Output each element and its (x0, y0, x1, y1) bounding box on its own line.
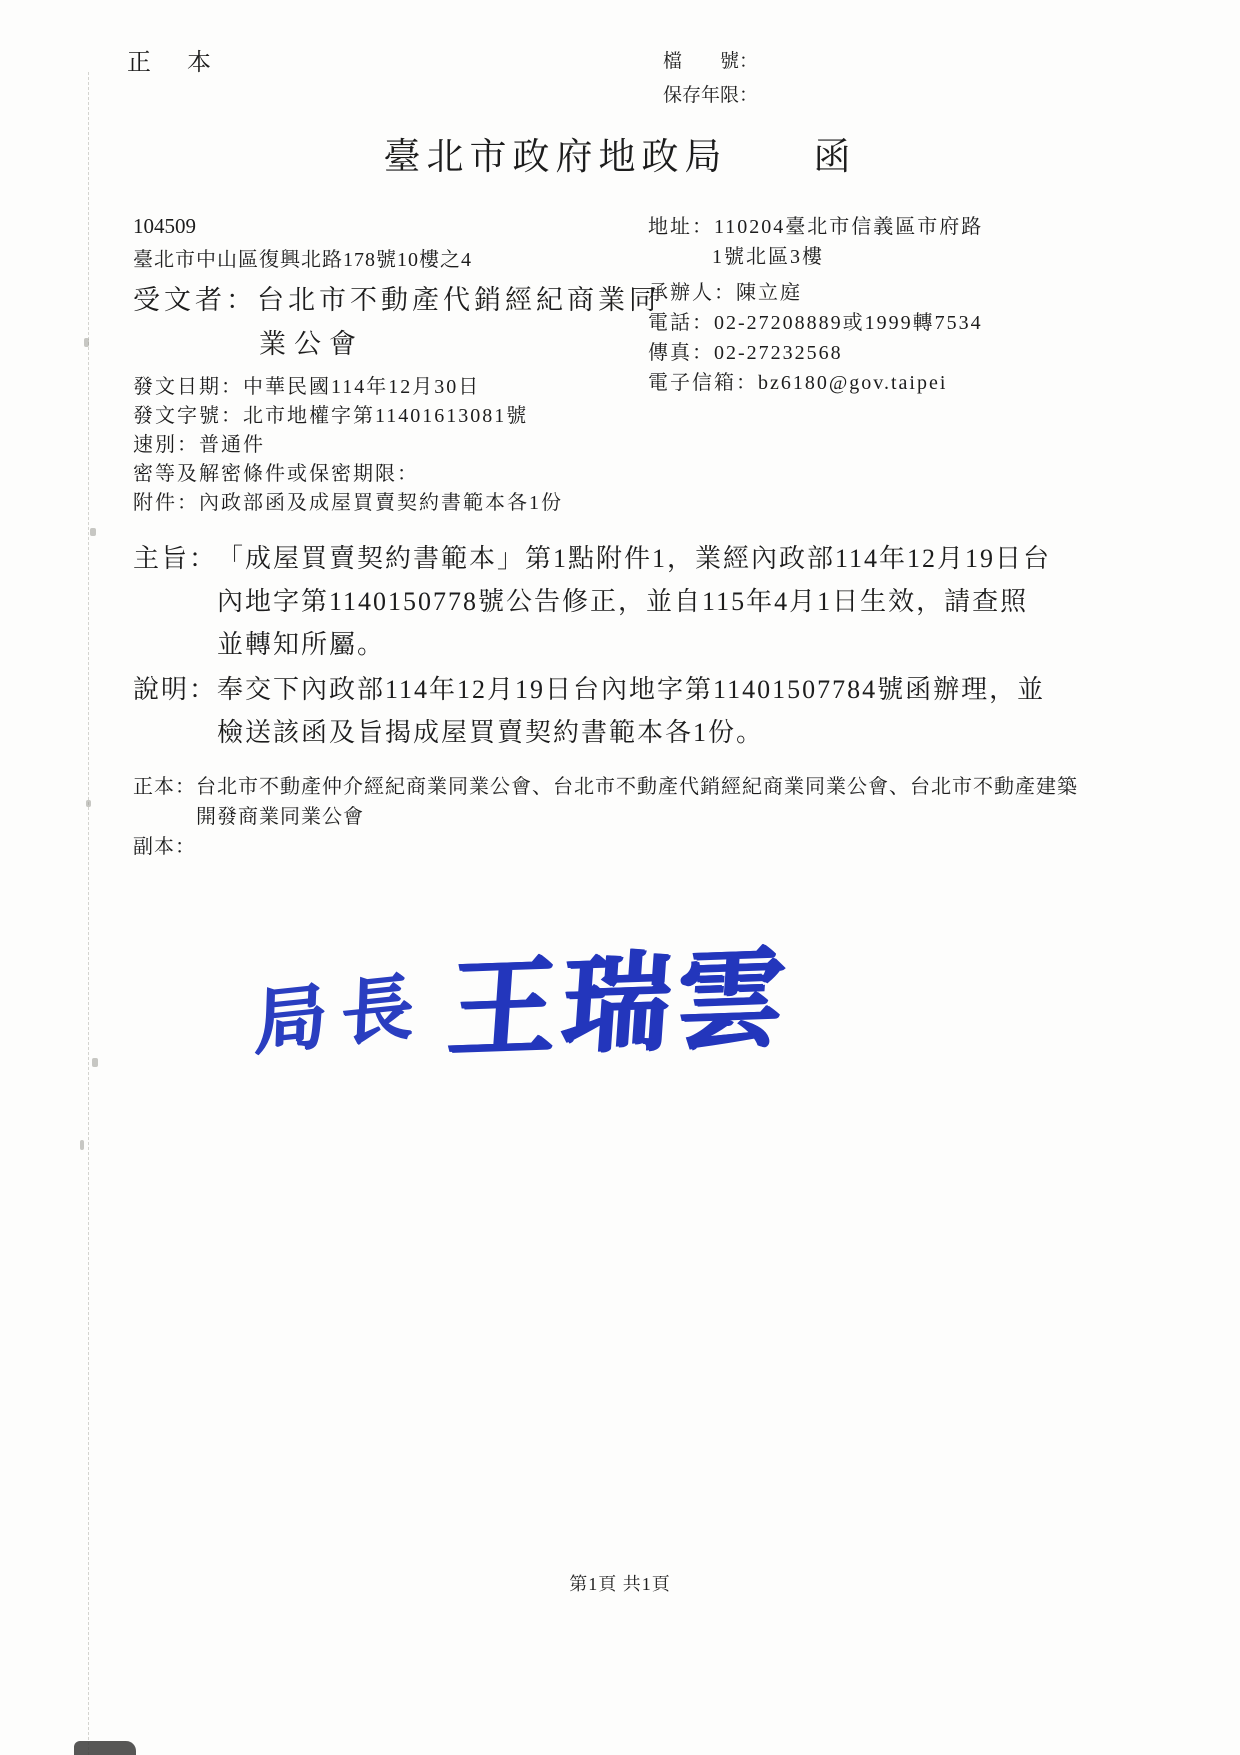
description-body: 奉交下內政部114年12月19日台內地字第11401507784號函辦理，並檢送… (217, 668, 1073, 754)
recipient-line1: 受文者：台北市不動產代銷經紀商業同 (133, 278, 660, 317)
signature-name: 王瑞雲 (444, 911, 797, 1078)
recipient-line2: 業公會 (259, 322, 364, 361)
director-signature-stamp: 局長 王瑞雲 (252, 910, 817, 1089)
signature-title: 局長 (253, 947, 429, 1069)
security-line: 密等及解密條件或保密期限： (133, 457, 419, 486)
scan-artifact (92, 1058, 98, 1067)
doc-number-line: 發文字號：北市地權字第11401613081號 (133, 399, 528, 428)
agency-fax: 傳真：02-27232568 (648, 336, 843, 365)
copy-recipients-label: 副本： (133, 832, 196, 862)
agency-contact-person: 承辦人：陳立庭 (648, 276, 802, 305)
original-label: 正本： (133, 772, 196, 832)
scan-artifact (84, 338, 89, 347)
description-label: 說明： (133, 668, 217, 711)
recipient-address: 臺北市中山區復興北路178號10樓之4 (133, 243, 472, 272)
agency-email: 電子信箱：bz6180@gov.taipei (648, 366, 947, 395)
attachment-line: 附件：內政部函及成屋買賣契約書範本各1份 (133, 486, 563, 515)
scan-edge-artifact (74, 1741, 136, 1755)
document-title: 臺北市政府地政局 函 (0, 126, 1240, 180)
agency-phone: 電話：02-27208889或1999轉7534 (648, 306, 983, 335)
priority-line: 速別：普通件 (133, 428, 265, 457)
subject-paragraph: 主旨： 「成屋買賣契約書範本」第1點附件1，業經內政部114年12月19日台內地… (133, 537, 1053, 666)
copy-type-label: 正 本 (127, 42, 217, 77)
scan-artifact (86, 800, 91, 807)
recipient-postal-code: 104509 (133, 214, 196, 239)
fold-line-artifact (88, 72, 89, 1755)
scan-artifact (80, 1140, 84, 1150)
original-body: 台北市不動產仲介經紀商業同業公會、台北市不動產代銷經紀商業同業公會、台北市不動產… (196, 772, 1093, 832)
subject-body: 「成屋買賣契約書範本」第1點附件1，業經內政部114年12月19日台內地字第11… (217, 537, 1053, 666)
page-footer: 第1頁 共1頁 (0, 1570, 1240, 1596)
scan-artifact (90, 528, 96, 536)
scanned-letter-page: 正 本 檔 號： 保存年限： 臺北市政府地政局 函 104509 臺北市中山區復… (0, 0, 1240, 1755)
agency-address-line2: 1號北區3樓 (712, 240, 824, 269)
retention-period-label: 保存年限： (663, 80, 758, 107)
agency-address-line1: 地址：110204臺北市信義區市府路 (648, 210, 983, 239)
subject-label: 主旨： (133, 537, 217, 580)
original-recipients: 正本： 台北市不動產仲介經紀商業同業公會、台北市不動產代銷經紀商業同業公會、台北… (133, 772, 1093, 832)
description-paragraph: 說明： 奉交下內政部114年12月19日台內地字第11401507784號函辦理… (133, 668, 1073, 754)
file-number-label: 檔 號： (663, 46, 758, 73)
issue-date-line: 發文日期：中華民國114年12月30日 (133, 370, 480, 399)
